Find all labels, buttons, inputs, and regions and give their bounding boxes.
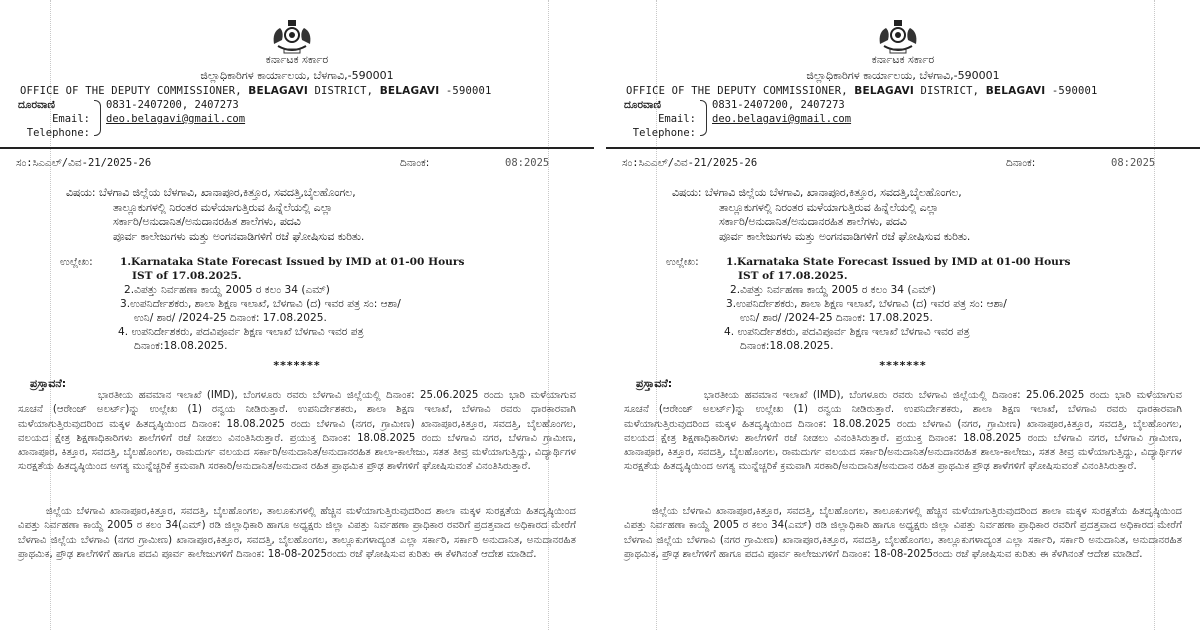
office-en-part: -590001 xyxy=(1052,85,1098,97)
subject-line: ಸರ್ಕಾರಿ/ಅನುದಾನಿತ/ಅನುದಾನರಹಿತ ಶಾಲೆಗಳು, ಪದವ… xyxy=(672,215,1142,230)
preamble-paragraph-2: ಜಿಲ್ಲೆಯ ಬೆಳಗಾವಿ ಖಾನಾಪೂರ,ಕಿತ್ತೂರ, ಸವದತ್ತಿ… xyxy=(18,505,576,562)
government-name: ಕರ್ನಾಟಕ ಸರ್ಕಾರ xyxy=(0,53,594,67)
office-en-part: BELAGAVI xyxy=(854,85,914,97)
phone-label: ದೂರವಾಣಿ xyxy=(10,98,90,112)
subject-line: ಪೂರ್ವ ಕಾಲೇಜುಗಳು ಮತ್ತು ಅಂಗನವಾಡಿಗಳಿಗೆ ರಜೆ … xyxy=(672,230,1142,245)
reference-number: ಸಂ:ಸಿಎಎಲ್/ವಿವ-21/2025-26 xyxy=(622,157,757,170)
paragraph-text: ಭಾರತೀಯ ಹವಮಾನ ಇಲಾಖೆ (IMD), ಬೆಂಗಳೂರು ರವರು … xyxy=(624,390,1182,472)
subject-block: ವಿಷಯ: ಬೆಳಗಾವಿ ಜಿಲ್ಲೆಯ ಬೆಳಗಾವಿ, ಖಾನಾಪೂರ,ಕ… xyxy=(672,186,1142,244)
paragraph-text: ಭಾರತೀಯ ಹವಮಾನ ಇಲಾಖೆ (IMD), ಬೆಂಗಳೂರು ರವರು … xyxy=(18,390,576,472)
office-name-english: OFFICE OF THE DEPUTY COMMISSIONER, BELAG… xyxy=(20,85,492,97)
paragraph-text: ಜಿಲ್ಲೆಯ ಬೆಳಗಾವಿ ಖಾನಾಪೂರ,ಕಿತ್ತೂರ, ಸವದತ್ತಿ… xyxy=(18,506,576,560)
subject-line: ಪೂರ್ವ ಕಾಲೇಜುಗಳು ಮತ್ತು ಅಂಗನವಾಡಿಗಳಿಗೆ ರಜೆ … xyxy=(66,230,536,245)
telephone-label: Telephone: xyxy=(10,126,90,140)
contact-labels: ದೂರವಾಣಿ Email: Telephone: xyxy=(616,98,696,140)
reference-item: 4. ಉಪನಿರ್ದೇಶಕರು, ಪದವಿಪೂರ್ವ ಶಿಕ್ಷಣ ಇಲಾಖೆ … xyxy=(62,325,542,339)
office-en-part: BELAGAVI xyxy=(248,85,308,97)
date-value: 08:2025 xyxy=(505,157,549,169)
date-value: 08:2025 xyxy=(1111,157,1155,169)
references-block: ಉಲ್ಲೇಖ: 1.Karnataka State Forecast Issue… xyxy=(62,255,542,353)
contact-values: 0831-2407200, 2407273 deo.belagavi@gmail… xyxy=(106,98,245,126)
reference-item: 3.ಉಪನಿರ್ದೇಶಕರು, ಶಾಲಾ ಶಿಕ್ಷಣ ಇಲಾಖೆ, ಬೆಳಗಾ… xyxy=(668,297,1148,311)
subject-line: ಸರ್ಕಾರಿ/ಅನುದಾನಿತ/ಅನುದಾನರಹಿತ ಶಾಲೆಗಳು, ಪದವ… xyxy=(66,215,536,230)
reference-item: ದಿನಾಂಕ:18.08.2025. xyxy=(62,339,542,353)
karnataka-emblem-icon xyxy=(874,18,922,56)
reference-item: IST of 17.08.2025. xyxy=(62,269,542,283)
document-viewer: ಕರ್ನಾಟಕ ಸರ್ಕಾರ ಜಿಲ್ಲಾಧಿಕಾರಿಗಳ ಕಾರ್ಯಾಲಯ, … xyxy=(0,0,1200,630)
brace-icon xyxy=(700,100,707,136)
date-label: ದಿನಾಂಕ: xyxy=(1006,157,1035,170)
reference-item: 1.Karnataka State Forecast Issued by IMD… xyxy=(62,255,542,269)
header-divider xyxy=(0,147,594,149)
government-name: ಕರ್ನಾಟಕ ಸರ್ಕಾರ xyxy=(606,53,1200,67)
email-link[interactable]: deo.belagavi@gmail.com xyxy=(712,112,851,126)
reference-item: 1.Karnataka State Forecast Issued by IMD… xyxy=(668,255,1148,269)
email-label: Email: xyxy=(616,112,696,126)
subject-line: ವಿಷಯ: ಬೆಳಗಾವಿ ಜಿಲ್ಲೆಯ ಬೆಳಗಾವಿ, ಖಾನಾಪೂರ,ಕ… xyxy=(672,186,1142,201)
phone-number: 0831-2407200, 2407273 xyxy=(712,98,851,112)
subject-line: ವಿಷಯ: ಬೆಳಗಾವಿ ಜಿಲ್ಲೆಯ ಬೆಳಗಾವಿ, ಖಾನಾಪೂರ,ಕ… xyxy=(66,186,536,201)
section-separator: ******* xyxy=(0,359,594,372)
phone-number: 0831-2407200, 2407273 xyxy=(106,98,245,112)
email-link[interactable]: deo.belagavi@gmail.com xyxy=(106,112,245,126)
references-block: ಉಲ್ಲೇಖ: 1.Karnataka State Forecast Issue… xyxy=(668,255,1148,353)
preamble-paragraph-1: ಭಾರತೀಯ ಹವಮಾನ ಇಲಾಖೆ (IMD), ಬೆಂಗಳೂರು ರವರು … xyxy=(18,389,576,475)
date-label: ದಿನಾಂಕ: xyxy=(400,157,429,170)
section-separator: ******* xyxy=(606,359,1200,372)
paragraph-text: ಜಿಲ್ಲೆಯ ಬೆಳಗಾವಿ ಖಾನಾಪೂರ,ಕಿತ್ತೂರ, ಸವದತ್ತಿ… xyxy=(624,506,1182,560)
subject-line: ತಾಲ್ಲೂಕುಗಳಲ್ಲಿ ನಿರಂತರ ಮಳೆಯಾಗುತ್ತಿರುವ ಹಿನ… xyxy=(66,201,536,216)
reference-item: 2.ವಿಪತ್ತು ನಿರ್ವಹಣಾ ಕಾಯ್ದೆ 2005 ರ ಕಲಂ 34 … xyxy=(668,283,1148,297)
reference-item: IST of 17.08.2025. xyxy=(668,269,1148,283)
office-name-english: OFFICE OF THE DEPUTY COMMISSIONER, BELAG… xyxy=(626,85,1098,97)
subject-block: ವಿಷಯ: ಬೆಳಗಾವಿ ಜಿಲ್ಲೆಯ ಬೆಳಗಾವಿ, ಖಾನಾಪೂರ,ಕ… xyxy=(66,186,536,244)
reference-item: ಉನಿ/ ಶಾರ/ /2024-25 ದಿನಾಂಕ: 17.08.2025. xyxy=(62,311,542,325)
subject-line: ತಾಲ್ಲೂಕುಗಳಲ್ಲಿ ನಿರಂತರ ಮಳೆಯಾಗುತ್ತಿರುವ ಹಿನ… xyxy=(672,201,1142,216)
reference-item: 2.ವಿಪತ್ತು ನಿರ್ವಹಣಾ ಕಾಯ್ದೆ 2005 ರ ಕಲಂ 34 … xyxy=(62,283,542,297)
references-label: ಉಲ್ಲೇಖ: xyxy=(60,255,93,269)
office-en-part: DISTRICT, xyxy=(920,85,979,97)
preamble-paragraph-1: ಭಾರತೀಯ ಹವಮಾನ ಇಲಾಖೆ (IMD), ಬೆಂಗಳೂರು ರವರು … xyxy=(624,389,1182,475)
office-en-part: BELAGAVI xyxy=(986,85,1046,97)
office-en-part: OFFICE OF THE DEPUTY COMMISSIONER, xyxy=(20,85,242,97)
office-en-part: OFFICE OF THE DEPUTY COMMISSIONER, xyxy=(626,85,848,97)
office-en-part: DISTRICT, xyxy=(314,85,373,97)
contact-labels: ದೂರವಾಣಿ Email: Telephone: xyxy=(10,98,90,140)
phone-label: ದೂರವಾಣಿ xyxy=(616,98,696,112)
header-divider xyxy=(606,147,1200,149)
office-en-part: BELAGAVI xyxy=(380,85,440,97)
brace-icon xyxy=(94,100,101,136)
office-en-part: -590001 xyxy=(446,85,492,97)
reference-item: ಉನಿ/ ಶಾರ/ /2024-25 ದಿನಾಂಕ: 17.08.2025. xyxy=(668,311,1148,325)
document-page-copy-2: ಕರ್ನಾಟಕ ಸರ್ಕಾರ ಜಿಲ್ಲಾಧಿಕಾರಿಗಳ ಕಾರ್ಯಾಲಯ, … xyxy=(606,0,1200,630)
reference-number: ಸಂ:ಸಿಎಎಲ್/ವಿವ-21/2025-26 xyxy=(16,157,151,170)
telephone-label: Telephone: xyxy=(616,126,696,140)
office-name-kannada: ಜಿಲ್ಲಾಧಿಕಾರಿಗಳ ಕಾರ್ಯಾಲಯ, ಬೆಳಗಾವಿ,-590001 xyxy=(0,69,594,83)
contact-values: 0831-2407200, 2407273 deo.belagavi@gmail… xyxy=(712,98,851,126)
email-label: Email: xyxy=(10,112,90,126)
preamble-paragraph-2: ಜಿಲ್ಲೆಯ ಬೆಳಗಾವಿ ಖಾನಾಪೂರ,ಕಿತ್ತೂರ, ಸವದತ್ತಿ… xyxy=(624,505,1182,562)
reference-item: 4. ಉಪನಿರ್ದೇಶಕರು, ಪದವಿಪೂರ್ವ ಶಿಕ್ಷಣ ಇಲಾಖೆ … xyxy=(668,325,1148,339)
reference-item: 3.ಉಪನಿರ್ದೇಶಕರು, ಶಾಲಾ ಶಿಕ್ಷಣ ಇಲಾಖೆ, ಬೆಳಗಾ… xyxy=(62,297,542,311)
reference-item: ದಿನಾಂಕ:18.08.2025. xyxy=(668,339,1148,353)
references-label: ಉಲ್ಲೇಖ: xyxy=(666,255,699,269)
document-page-copy-1: ಕರ್ನಾಟಕ ಸರ್ಕಾರ ಜಿಲ್ಲಾಧಿಕಾರಿಗಳ ಕಾರ್ಯಾಲಯ, … xyxy=(0,0,594,630)
office-name-kannada: ಜಿಲ್ಲಾಧಿಕಾರಿಗಳ ಕಾರ್ಯಾಲಯ, ಬೆಳಗಾವಿ,-590001 xyxy=(606,69,1200,83)
karnataka-emblem-icon xyxy=(268,18,316,56)
